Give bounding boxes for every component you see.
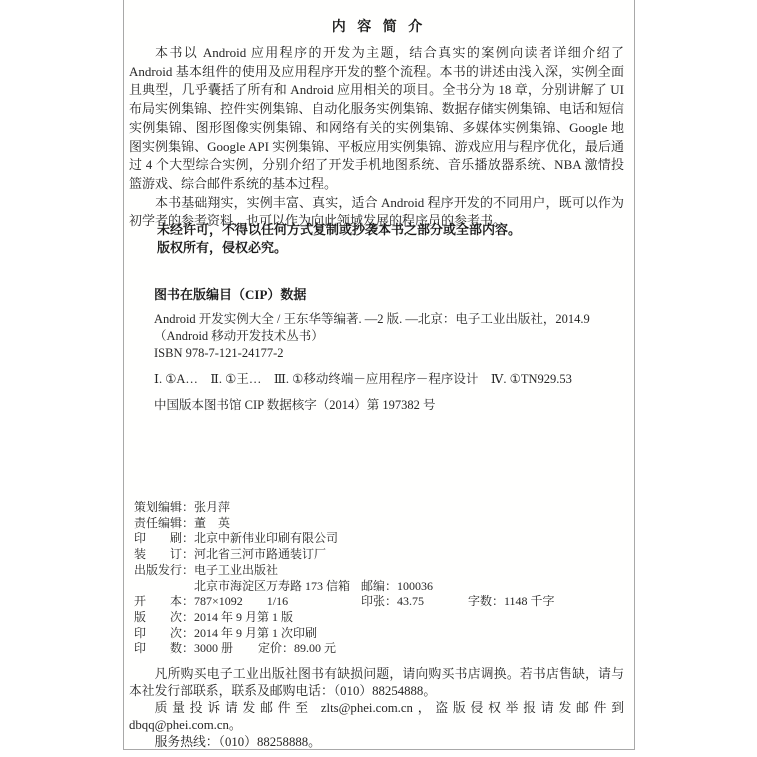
summary-paragraph-1: 本书以 Android 应用程序的开发为主题，结合真实的案例向读者详细介绍了 A… [129,44,624,194]
colophon-row-impression: 印 次：2014 年 9 月第 1 次印刷 [134,626,629,642]
copyright-line-2: 版权所有，侵权必究。 [157,239,521,257]
cip-isbn: ISBN 978-7-121-24177-2 [154,345,624,362]
colophon-row-print-run: 印 数：3000 册 定价：89.00 元 [134,641,629,657]
colophon-text: 策划编辑：张月萍 [134,500,230,516]
colophon-row-planning-editor: 策划编辑：张月萍 [134,500,629,516]
cip-classification: Ⅰ. ①A… Ⅱ. ①王… Ⅲ. ①移动终端－应用程序－程序设计 Ⅳ. ①TN9… [154,371,624,388]
publisher-address: 北京市海淀区万寿路 173 信箱 [194,579,358,595]
cip-heading: 图书在版编目（CIP）数据 [154,287,624,303]
exchange-notice: 凡所购买电子工业出版社图书有缺损问题，请向购买书店调换。若书店售缺，请与本社发行… [129,666,624,700]
postal-code: 邮编：100036 [361,579,433,595]
cip-registration-number: 中国版本图书馆 CIP 数据核字（2014）第 197382 号 [154,397,624,414]
copyright-line-1: 未经许可，不得以任何方式复制或抄袭本书之部分或全部内容。 [157,221,521,239]
service-notes: 凡所购买电子工业出版社图书有缺损问题，请向购买书店调换。若书店售缺，请与本社发行… [129,666,624,751]
colophon-text: 装 订：河北省三河市路通装订厂 [134,547,326,563]
colophon-text: 印 刷：北京中新伟业印刷有限公司 [134,531,338,547]
cip-record-line-2: （Android 移动开发技术丛书） [154,328,624,345]
colophon-text: 版 次：2014 年 9 月第 1 版 [134,610,293,626]
book-format: 开 本：787×1092 1/16 [134,594,358,610]
sheet-count: 印张：43.75 [361,594,465,610]
page-title: 内 容 简 介 [124,16,634,36]
word-count: 字数：1148 千字 [468,594,555,610]
content-summary: 本书以 Android 应用程序的开发为主题，结合真实的案例向读者详细介绍了 A… [129,44,624,231]
colophon-text: 出版发行：电子工业出版社 [134,563,278,579]
colophon-row-binding: 装 订：河北省三河市路通装订厂 [134,547,629,563]
copyright-notice: 未经许可，不得以任何方式复制或抄袭本书之部分或全部内容。 版权所有，侵权必究。 [157,221,521,257]
service-hotline: 服务热线：（010）88258888。 [129,734,624,751]
colophon-text: 责任编辑：董 英 [134,516,230,532]
cip-data-block: 图书在版编目（CIP）数据 Android 开发实例大全 / 王东华等编著. —… [154,287,624,414]
colophon-row-printer: 印 刷：北京中新伟业印刷有限公司 [134,531,629,547]
colophon-row-address: 北京市海淀区万寿路 173 信箱 邮编：100036 [134,579,629,595]
colophon-block: 策划编辑：张月萍 责任编辑：董 英 印 刷：北京中新伟业印刷有限公司 装 订：河… [134,500,629,657]
colophon-text: 印 次：2014 年 9 月第 1 次印刷 [134,626,317,642]
complaint-emails: 质量投诉请发邮件至 zlts@phei.com.cn，盗版侵权举报请发邮件到 d… [129,700,624,734]
print-run: 印 数：3000 册 [134,641,255,657]
cip-record-line-1: Android 开发实例大全 / 王东华等编著. —2 版. —北京：电子工业出… [154,311,624,328]
colophon-row-edition: 版 次：2014 年 9 月第 1 版 [134,610,629,626]
colophon-row-responsible-editor: 责任编辑：董 英 [134,516,629,532]
book-copyright-page: 内 容 简 介 本书以 Android 应用程序的开发为主题，结合真实的案例向读… [123,0,635,750]
colophon-row-publisher: 出版发行：电子工业出版社 [134,563,629,579]
colophon-row-format: 开 本：787×1092 1/16 印张：43.75 字数：1148 千字 [134,594,629,610]
price: 定价：89.00 元 [258,641,336,657]
